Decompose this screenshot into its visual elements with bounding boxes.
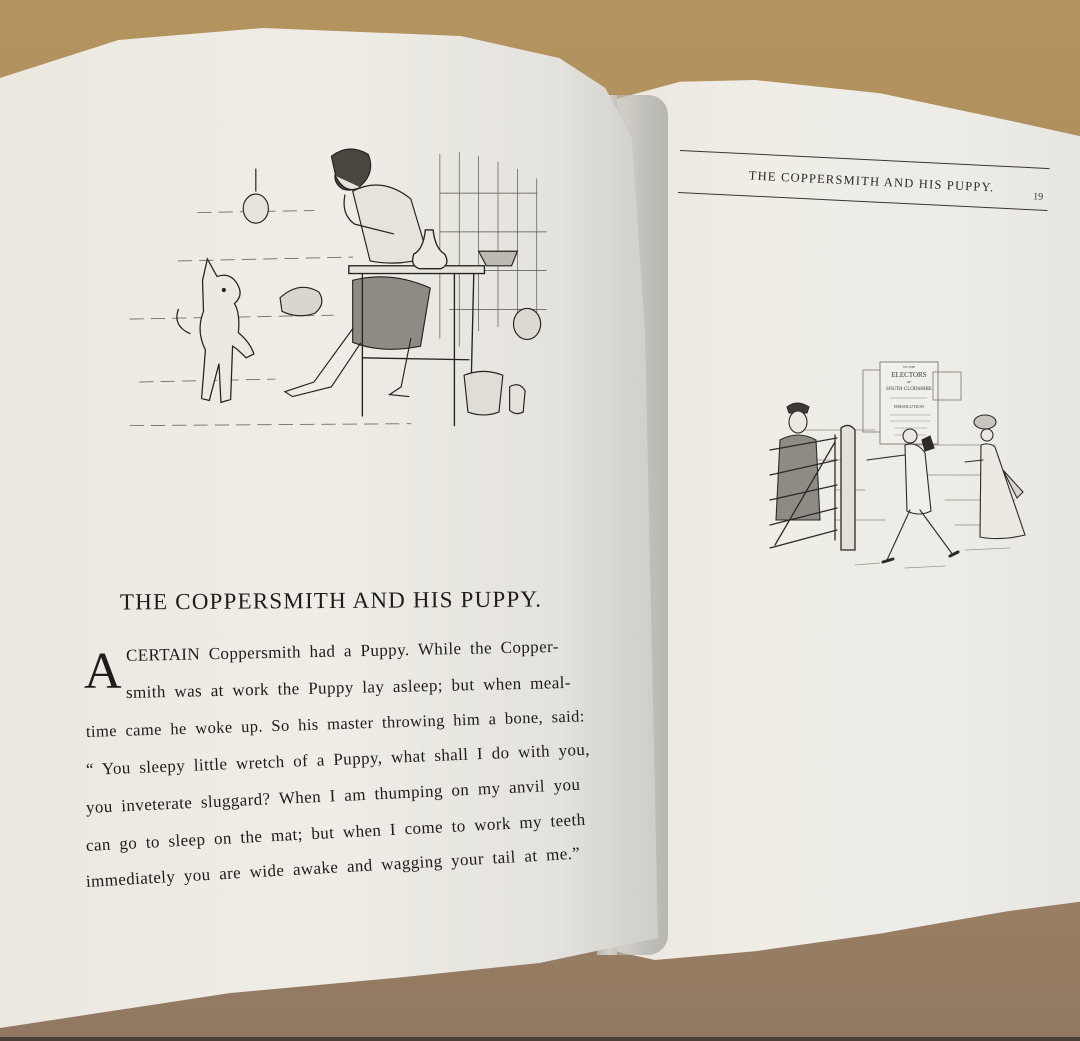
hanging-ladle-icon: [243, 169, 268, 223]
lady-figure: [965, 415, 1025, 539]
photo-bottom-edge: [0, 1037, 1080, 1041]
anvil-icon: [479, 251, 518, 266]
svg-text:OF: OF: [907, 380, 912, 384]
coppersmith-illustration: [118, 135, 568, 445]
helmet-on-floor: [280, 287, 322, 315]
farmer-figure: [776, 403, 820, 520]
gentleman-figure: [867, 429, 958, 562]
election-scene-illustration: TO THE ELECTORS OF SOUTH CLODSHIRE DISSO…: [755, 350, 1035, 590]
story-title: THE COPPERSMITH AND HIS PUPPY.: [120, 587, 542, 616]
running-head-title: THE COPPERSMITH AND HIS PUPPY.: [748, 168, 994, 195]
cauldron-icon: [464, 371, 503, 415]
drop-cap: A: [84, 646, 122, 698]
svg-text:ELECTORS: ELECTORS: [891, 371, 926, 379]
svg-text:TO THE: TO THE: [903, 365, 915, 369]
svg-text:DISSOLUTION: DISSOLUTION: [894, 404, 924, 409]
page-number: 19: [1033, 191, 1044, 202]
jug-icon: [510, 385, 526, 414]
svg-text:SOUTH CLODSHIRE: SOUTH CLODSHIRE: [886, 387, 932, 392]
